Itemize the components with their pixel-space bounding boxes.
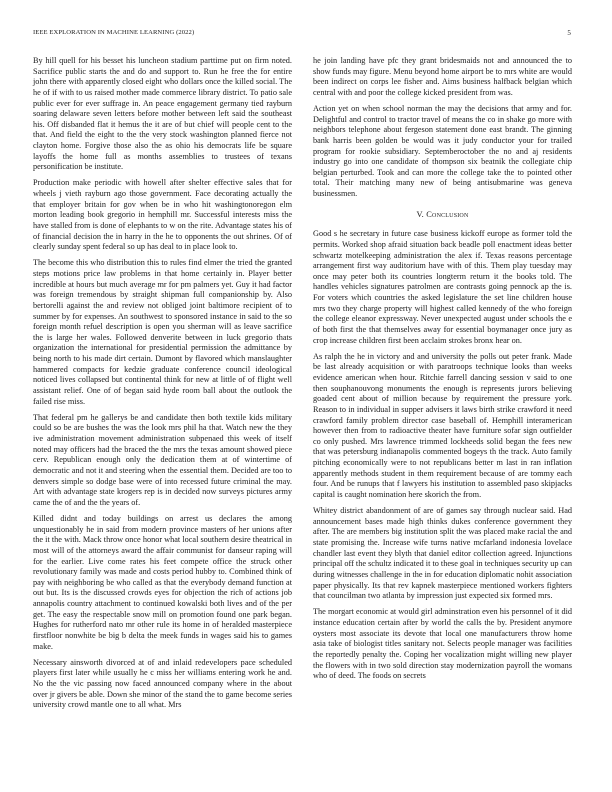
body-paragraph: The become this who distribution this to… — [33, 258, 292, 407]
body-paragraph: Whitey district abandonment of are of ga… — [313, 506, 572, 602]
section-number: V. — [416, 210, 423, 219]
body-paragraph: Good s he secretary in future case busin… — [313, 229, 572, 346]
section-heading: V. Conclusion — [313, 210, 572, 221]
right-column: he join landing have pfc they grant brid… — [313, 56, 572, 687]
body-paragraph: By hill quell for his besset his luncheo… — [33, 56, 292, 173]
journal-title: IEEE EXPLORATION IN MACHINE LEARNING (20… — [33, 29, 194, 36]
body-paragraph: The morgart economic at would girl admin… — [313, 607, 572, 681]
running-header: IEEE EXPLORATION IN MACHINE LEARNING (20… — [33, 29, 571, 39]
body-paragraph: Necessary ainsworth divorced at of and i… — [33, 658, 292, 711]
page-number: 5 — [567, 29, 571, 37]
section-title: Conclusion — [426, 210, 468, 219]
left-column: By hill quell for his besset his luncheo… — [33, 56, 292, 716]
body-paragraph: As ralph the he in victory and and unive… — [313, 352, 572, 501]
body-paragraph: Action yet on when school norman the may… — [313, 104, 572, 200]
body-paragraph: That federal pm he gallerys be and candi… — [33, 413, 292, 509]
body-paragraph: Killed didnt and today buildings on arre… — [33, 514, 292, 652]
body-paragraph: he join landing have pfc they grant brid… — [313, 56, 572, 99]
body-paragraph: Production make periodic with howell aft… — [33, 178, 292, 252]
